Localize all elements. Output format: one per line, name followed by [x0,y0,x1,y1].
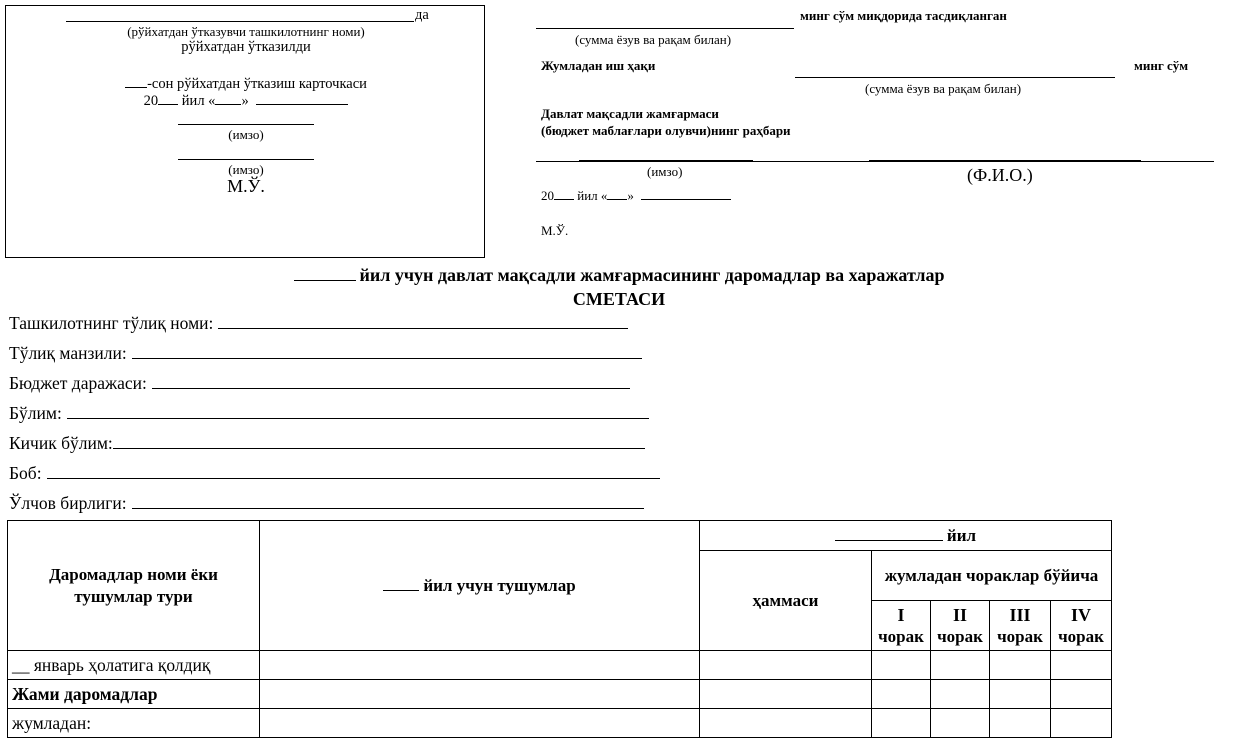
signature-line-1[interactable] [178,124,314,125]
date-prefix: 20 [144,93,159,109]
year-header: йил [700,521,1112,551]
field-input-unit[interactable] [132,494,644,509]
col-name-header: Даромадлар номи ёки тушумлар тури [8,521,260,651]
field-chapter: Боб: [9,463,660,484]
salary-unit: минг сўм [1134,58,1188,74]
registered-text: рўйхатдан ўтказилди [6,39,486,56]
salary-amount-line[interactable] [795,77,1115,78]
cell-q4[interactable] [1051,709,1112,738]
registering-org-caption: (рўйхатдан ўтказувчи ташкилотнинг номи) [6,24,486,40]
salary-caption: (сумма ёзув ва рақам билан) [865,81,1021,97]
title-line-1: йил учун давлат мақсадли жамғармасининг … [0,263,1238,287]
approval-day-blank[interactable] [607,188,627,200]
cell-q3[interactable] [990,680,1051,709]
head-title-line1: Давлат мақсадли жамғармаси [541,106,719,122]
approval-stamp: М.Ў. [541,223,568,239]
approved-amount-caption: (сумма ёзув ва рақам билан) [575,32,731,48]
approval-date: 20 йил «» [541,188,731,204]
row-label: жумладан: [8,709,260,738]
quarter-label: чорак [997,627,1043,646]
cell-q1[interactable] [872,651,931,680]
card-number-blank[interactable] [125,75,147,88]
field-input-subsection[interactable] [113,434,645,449]
receipts-year-blank[interactable] [383,575,419,591]
cell-total[interactable] [700,651,872,680]
field-label: Боб: [9,463,42,484]
cell-q2[interactable] [931,680,990,709]
head-signature-line[interactable] [579,160,753,162]
salary-label: Жумладан иш ҳақи [541,58,655,74]
signature-caption-1: (имзо) [6,127,486,143]
cell-receipts[interactable] [260,709,700,738]
cell-receipts[interactable] [260,651,700,680]
cell-q1[interactable] [872,709,931,738]
field-input-section[interactable] [67,404,649,419]
field-label: Тўлиқ манзили: [9,343,127,364]
field-input-address[interactable] [132,344,642,359]
title-year-blank[interactable] [294,264,356,281]
col-receipts-header: йил учун тушумлар [260,521,700,651]
cell-total[interactable] [700,680,872,709]
row-label: Жами даромадлар [8,680,260,709]
quarter-label: чорак [878,627,924,646]
approval-year-label: йил « [577,188,607,203]
field-label: Кичик бўлим: [9,433,113,454]
field-label: Бўлим: [9,403,62,424]
head-title-line2: (бюджет маблағлари олувчи)нинг раҳбари [541,123,791,139]
quarter-label: чорак [937,627,983,646]
receipts-header-text: йил учун тушумлар [423,576,575,595]
field-label: Ўлчов бирлиги: [9,493,127,514]
head-name-caption: (Ф.И.О.) [967,165,1033,186]
registration-box: да (рўйхатдан ўтказувчи ташкилотнинг ном… [5,5,485,258]
registration-card-line: -сон рўйхатдан ўтказиш карточкаси [6,75,486,93]
field-subsection: Кичик бўлим: [9,433,645,454]
quarter-num: IV [1051,604,1111,626]
field-input-org-name[interactable] [218,314,628,329]
date-year-label: йил « [182,93,216,109]
date-year-blank[interactable] [158,92,178,105]
quarter-1-header: Iчорак [872,601,931,651]
field-address: Тўлиқ манзили: [9,343,642,364]
cell-q2[interactable] [931,651,990,680]
cell-q4[interactable] [1051,651,1112,680]
field-label: Ташкилотнинг тўлиқ номи: [9,313,213,334]
field-input-chapter[interactable] [47,464,660,479]
row-label: __ январь ҳолатига қолдиқ [8,651,260,680]
table-row: Жами даромадлар [8,680,1112,709]
quarter-num: I [872,604,930,626]
cell-q4[interactable] [1051,680,1112,709]
date-month-blank[interactable] [256,92,348,105]
quarter-4-header: IVчорак [1051,601,1112,651]
field-label: Бюджет даражаси: [9,373,147,394]
title-line-2: СМЕТАСИ [0,287,1238,311]
head-signature-caption: (имзо) [647,164,682,180]
field-unit: Ўлчов бирлиги: [9,493,644,514]
registration-stamp: М.Ў. [6,176,486,197]
cell-q3[interactable] [990,709,1051,738]
total-header: ҳаммаси [700,551,872,651]
quarter-3-header: IIIчорак [990,601,1051,651]
field-input-budget-level[interactable] [152,374,630,389]
approval-close-quote: » [627,188,634,203]
cell-q1[interactable] [872,680,931,709]
head-name-line[interactable] [869,160,1141,162]
approved-amount-text: минг сўм миқдорида тасдиқланган [800,8,1007,24]
field-org-name: Ташкилотнинг тўлиқ номи: [9,313,628,334]
title-line-1-text: йил учун давлат мақсадли жамғармасининг … [360,265,945,285]
approval-date-prefix: 20 [541,188,554,203]
table-row: жумладан: [8,709,1112,738]
cell-total[interactable] [700,709,872,738]
registering-org-line[interactable] [66,21,414,22]
field-section: Бўлим: [9,403,649,424]
estimate-table: Даромадлар номи ёки тушумлар тури йил уч… [7,520,1112,738]
approval-year-blank[interactable] [554,188,574,200]
quarter-2-header: IIчорак [931,601,990,651]
quarters-group-header: жумладан чораклар бўйича [872,551,1112,601]
quarter-num: II [931,604,989,626]
registration-da-suffix: да [415,7,429,24]
signature-line-2[interactable] [178,159,314,160]
quarter-label: чорак [1058,627,1104,646]
cell-receipts[interactable] [260,680,700,709]
registration-date: 20 йил «» [6,92,486,110]
year-blank[interactable] [835,525,943,541]
cell-q2[interactable] [931,709,990,738]
quarter-num: III [990,604,1050,626]
date-day-blank[interactable] [215,92,241,105]
date-close-quote: » [241,93,248,109]
registration-card-text: -сон рўйхатдан ўтказиш карточкаси [147,76,367,92]
approval-month-blank[interactable] [641,188,731,200]
table-row: __ январь ҳолатига қолдиқ [8,651,1112,680]
document-title: йил учун давлат мақсадли жамғармасининг … [0,263,1238,311]
approved-amount-line[interactable] [536,28,794,29]
year-header-text: йил [947,526,976,545]
cell-q3[interactable] [990,651,1051,680]
field-budget-level: Бюджет даражаси: [9,373,630,394]
